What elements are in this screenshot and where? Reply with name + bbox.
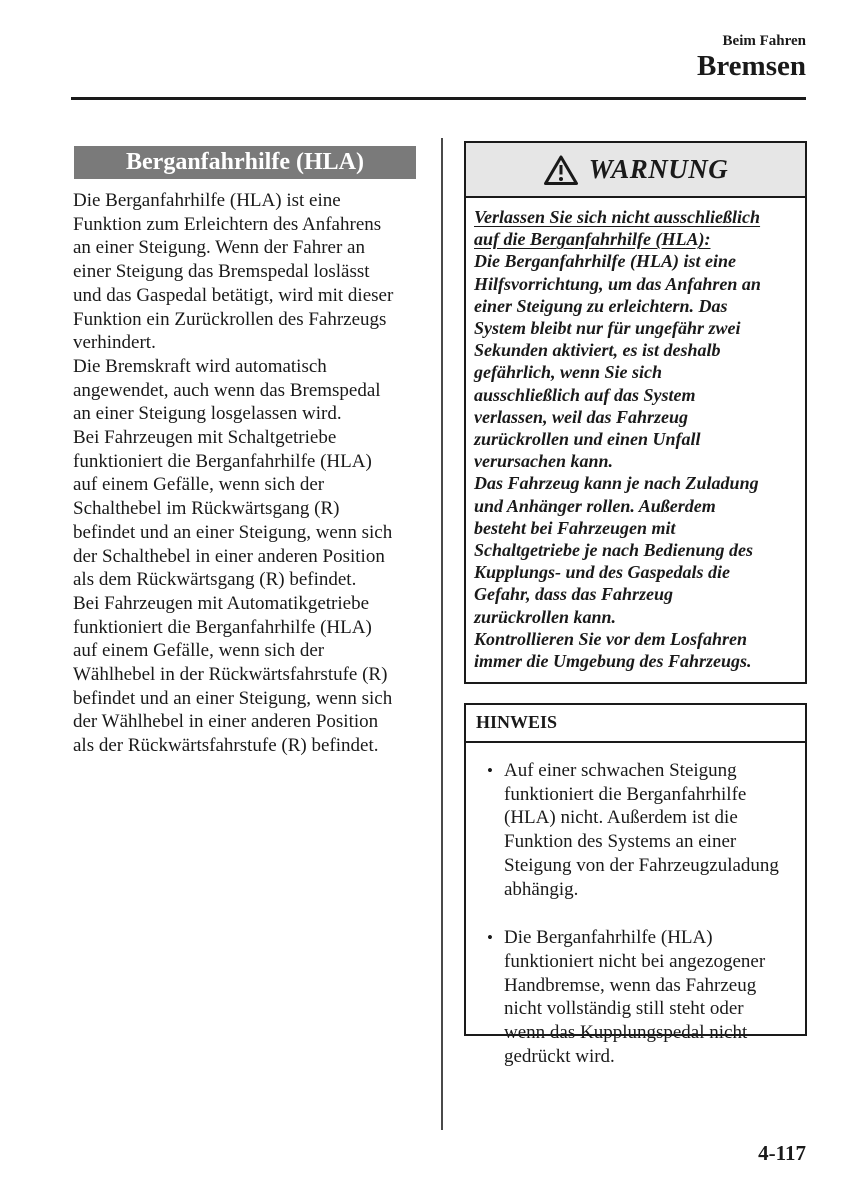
warning-body: Verlassen Sie sich nicht ausschließlich … — [466, 198, 805, 672]
page-title: Bremsen — [697, 50, 806, 83]
topic-heading: Berganfahrhilfe (HLA) — [74, 146, 416, 179]
bullet-icon: • — [476, 926, 504, 1068]
bullet-icon: • — [476, 759, 504, 901]
warning-title: WARNUNG — [589, 154, 729, 185]
topic-body-text: Die Berganfahrhilfe (HLA) ist eine Funkt… — [73, 189, 458, 758]
note-bullet-text: Auf einer schwachen Steigung funktionier… — [504, 759, 779, 901]
header-rule — [71, 97, 806, 100]
note-box: HINWEIS • Auf einer schwachen Steigung f… — [464, 703, 807, 1036]
list-item: • Die Berganfahrhilfe (HLA) funktioniert… — [476, 926, 795, 1068]
note-bullet-text: Die Berganfahrhilfe (HLA) funktioniert n… — [504, 926, 765, 1068]
note-title: HINWEIS — [466, 705, 805, 743]
manual-page: Beim Fahren Bremsen Berganfahrhilfe (HLA… — [0, 0, 845, 1200]
page-number: 4-117 — [758, 1141, 806, 1166]
column-divider — [441, 138, 443, 1130]
warning-triangle-icon — [543, 154, 579, 186]
warning-lead-text: Verlassen Sie sich nicht ausschließlich … — [474, 206, 797, 250]
warning-body-text: Die Berganfahrhilfe (HLA) ist eine Hilfs… — [474, 250, 797, 672]
note-body: • Auf einer schwachen Steigung funktioni… — [466, 743, 805, 1068]
breadcrumb-section-label: Beim Fahren — [723, 33, 806, 50]
warning-header: WARNUNG — [466, 143, 805, 198]
warning-box: WARNUNG Verlassen Sie sich nicht ausschl… — [464, 141, 807, 684]
list-item: • Auf einer schwachen Steigung funktioni… — [476, 759, 795, 901]
